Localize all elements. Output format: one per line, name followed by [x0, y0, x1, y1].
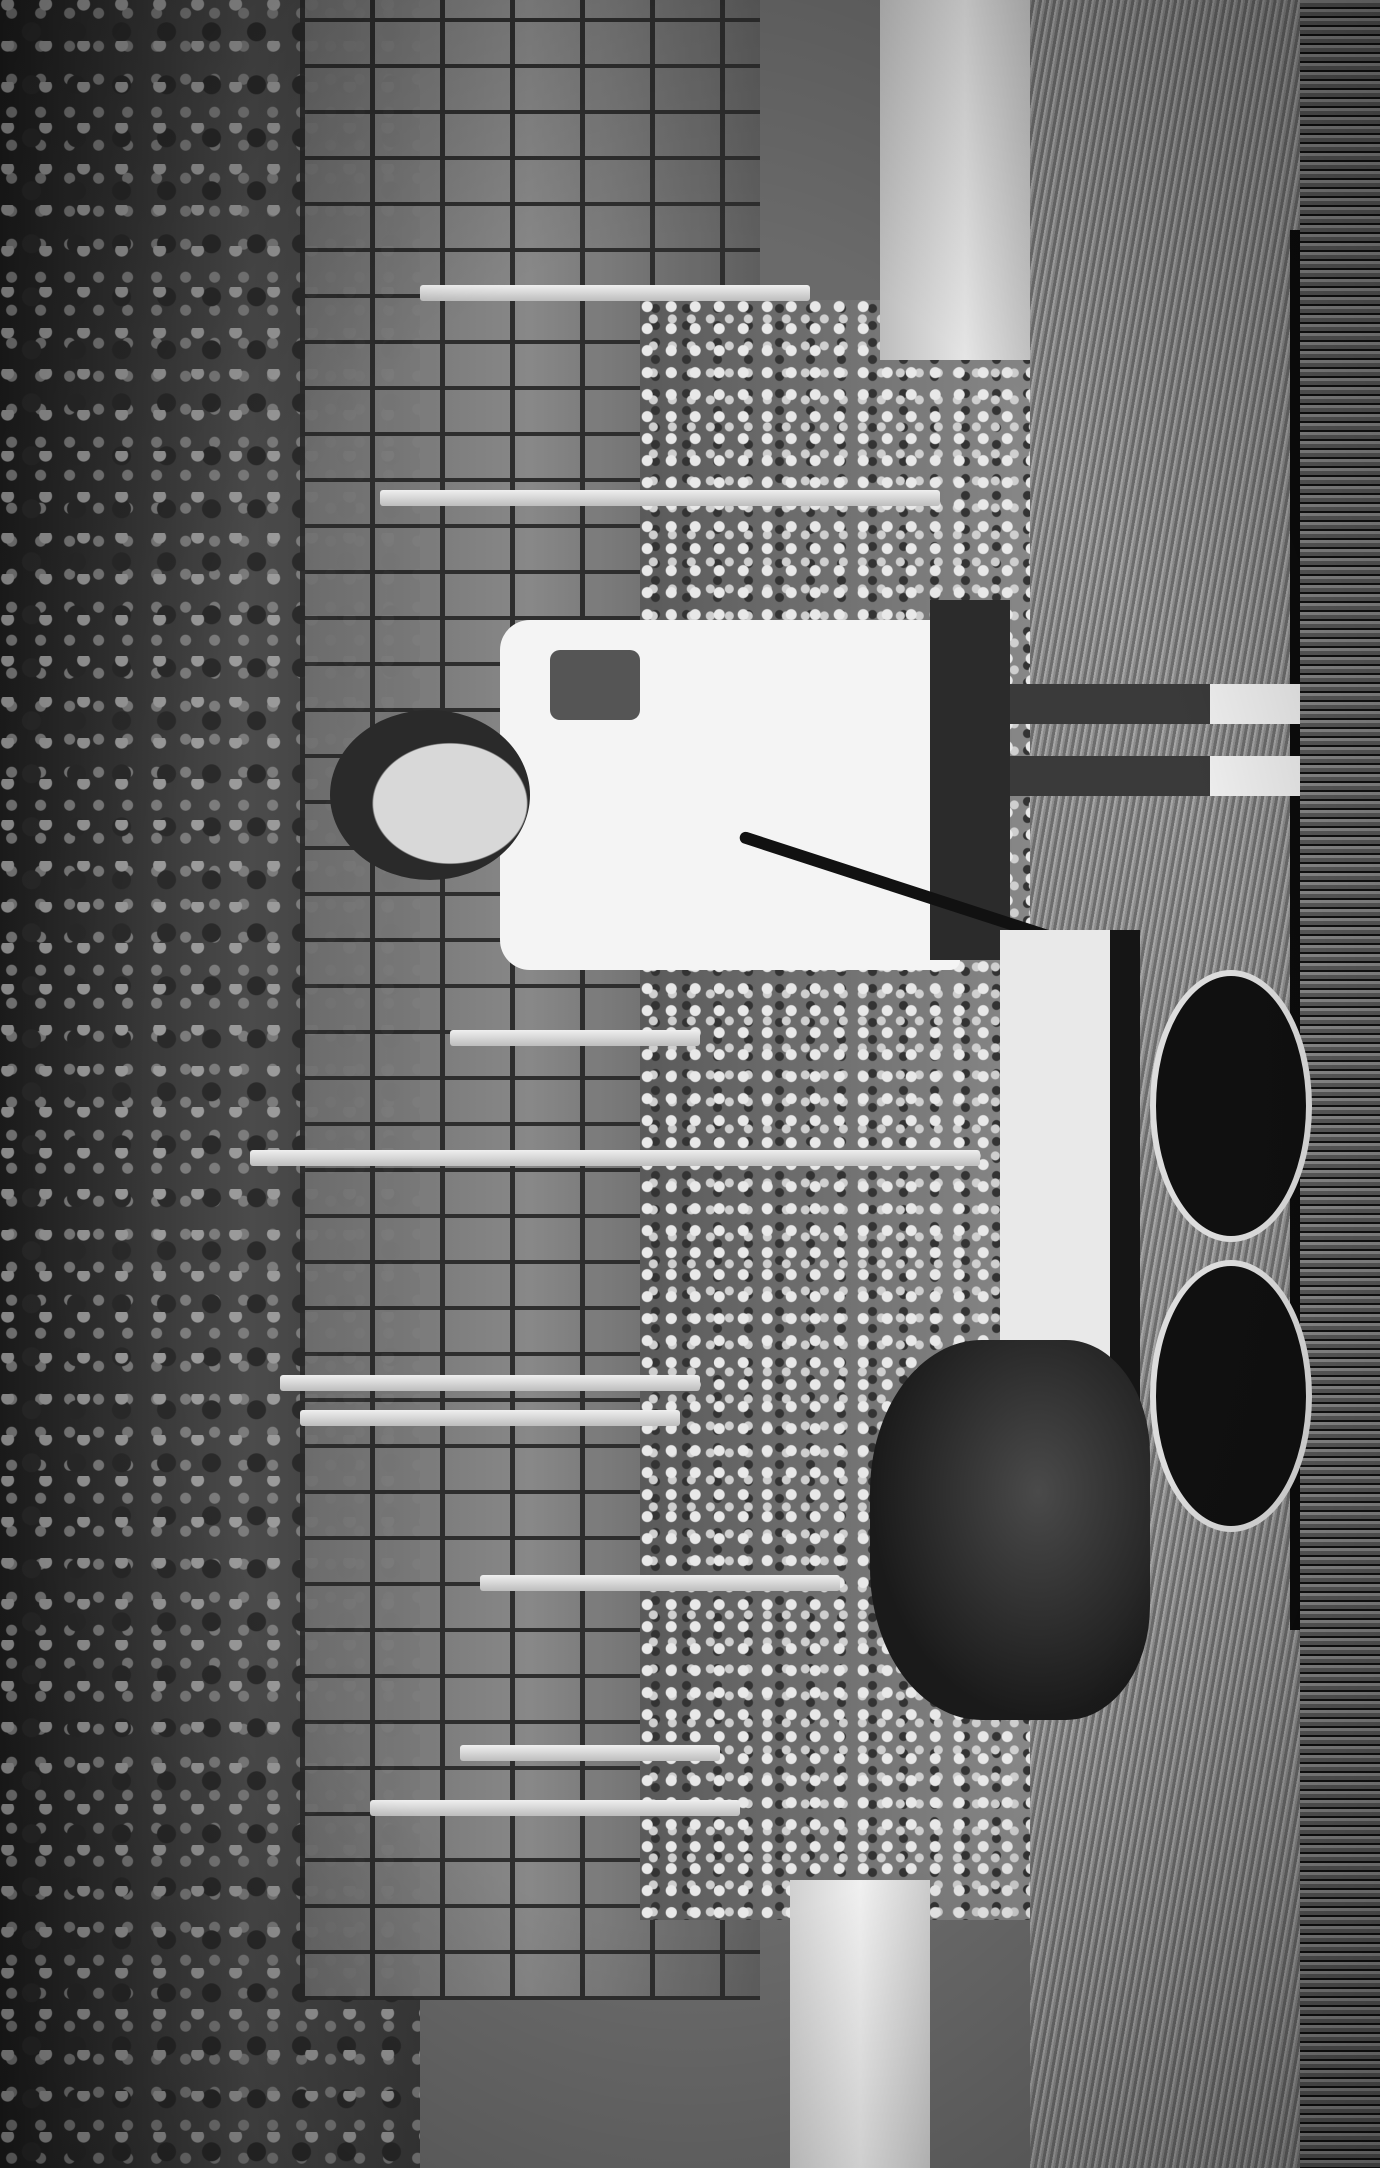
- cart-wheel: [1150, 970, 1312, 1242]
- garden-stake: [460, 1745, 720, 1761]
- film-edge: [1300, 0, 1380, 2168]
- child-head: [330, 710, 530, 880]
- garden-stake: [370, 1800, 740, 1816]
- garden-path-lower: [790, 1880, 930, 2168]
- garden-stake: [380, 490, 940, 506]
- cart-bed: [1000, 930, 1110, 1360]
- child-socks: [1210, 660, 1300, 820]
- toy-figure: [870, 1340, 1150, 1720]
- child: [330, 600, 1030, 1020]
- garden-stake: [300, 1410, 680, 1426]
- cart-wheel: [1150, 1260, 1312, 1532]
- garden-path: [880, 0, 1050, 360]
- photograph: [0, 0, 1380, 2168]
- garden-stake: [450, 1030, 700, 1046]
- garden-stake: [420, 285, 810, 301]
- child-sleeve: [550, 650, 640, 720]
- garden-stake: [480, 1575, 840, 1591]
- garden-stake: [250, 1150, 980, 1166]
- garden-stake: [280, 1375, 700, 1391]
